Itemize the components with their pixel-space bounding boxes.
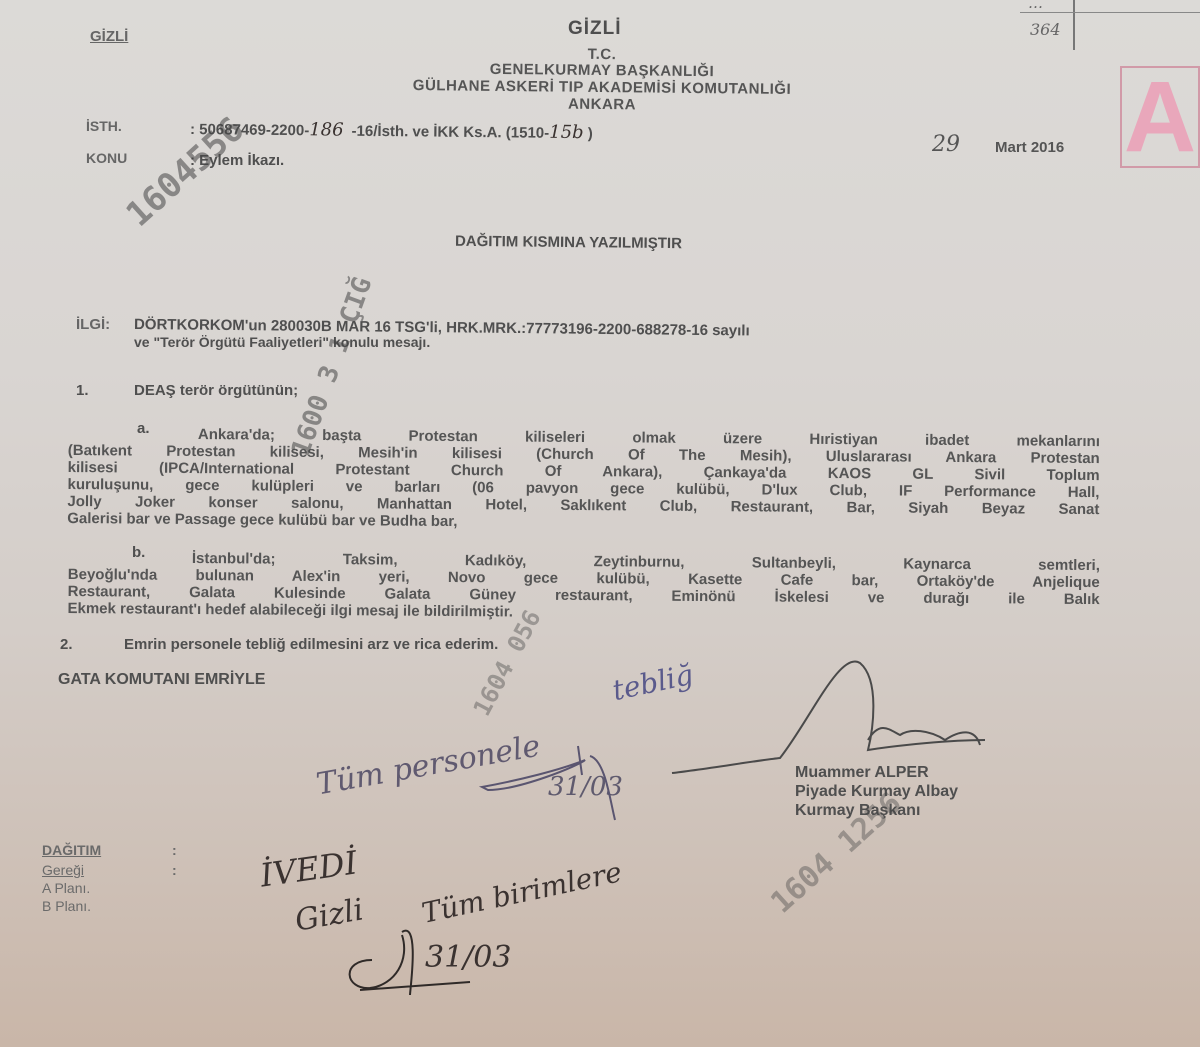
distribution-item-b: B Planı. [42, 898, 91, 914]
registry-stamp-1: 1604556 [119, 109, 252, 235]
handwritten-note-teblig: tebliğ [609, 658, 696, 707]
order-line: GATA KOMUTANI EMRİYLE [58, 671, 265, 689]
registry-stamp-3: 1604 056 [468, 605, 547, 720]
item2-number: 2. [60, 636, 73, 653]
corner-note-top: … [1028, 0, 1043, 12]
item1-number: 1. [76, 382, 89, 399]
isth-handwritten-2: 15b [549, 122, 584, 143]
distribution-label: DAĞITIM [42, 842, 101, 858]
corner-note-divider [1073, 0, 1075, 50]
distribution-heading: DAĞITIM KISMINA YAZILMIŞTIR [455, 233, 682, 252]
priority-stamp-letter: A [1124, 67, 1196, 167]
konu-label: KONU [86, 150, 127, 166]
corner-note-underline [1020, 12, 1200, 13]
item1a-paragraph: Ankara'da; başta Protestan kiliseleri ol… [67, 425, 1100, 535]
priority-stamp: A [1120, 66, 1200, 168]
handwritten-note-date-2: 31/03 [425, 940, 511, 975]
signatory-name: Muammer ALPER [795, 764, 929, 782]
date-month-year: Mart 2016 [995, 139, 1064, 156]
isth-value-suffix: ) [584, 125, 593, 142]
classification-top: GİZLİ [90, 28, 128, 45]
ilgi-label: İLGİ: [76, 316, 110, 333]
date-day: 29 [932, 132, 960, 157]
document-page: GİZLİ GİZLİ … 364 T.C. GENELKURMAY BAŞKA… [0, 0, 1200, 1047]
handwritten-note-date-1: 31/03 [548, 772, 623, 802]
ilgi-line2: ve "Terör Örgütü Faaliyetleri" konulu me… [134, 334, 430, 350]
isth-value-mid: -16/İsth. ve İKK Ks.A. (1510- [352, 123, 550, 142]
distribution-item-a: A Planı. [42, 880, 90, 896]
handwritten-note-tum-birimlere: Tüm birimlere [419, 855, 625, 930]
item2-text: Emrin personele tebliğ edilmesini arz ve… [124, 636, 498, 653]
isth-handwritten-1: 186 [309, 119, 344, 140]
corner-note-number: 364 [1030, 20, 1061, 39]
handwritten-note-tum-personele: Tüm personele [314, 729, 543, 803]
distribution-colon: : [172, 842, 177, 858]
item1b-paragraph: İstanbul'da; Taksim, Kadıköy, Zeytinburn… [67, 549, 1100, 625]
distribution-colon-2: : [172, 862, 177, 878]
item1-title: DEAŞ terör örgütünün; [134, 382, 298, 399]
main-signature-icon [672, 661, 985, 773]
isth-label: İSTH. [86, 118, 122, 134]
handwritten-note-ivedi: İVEDİ [258, 843, 360, 894]
distribution-geregi: Gereği [42, 862, 84, 878]
handwritten-note-gizli: Gizli [292, 892, 366, 938]
classification-center: GİZLİ [568, 18, 622, 40]
